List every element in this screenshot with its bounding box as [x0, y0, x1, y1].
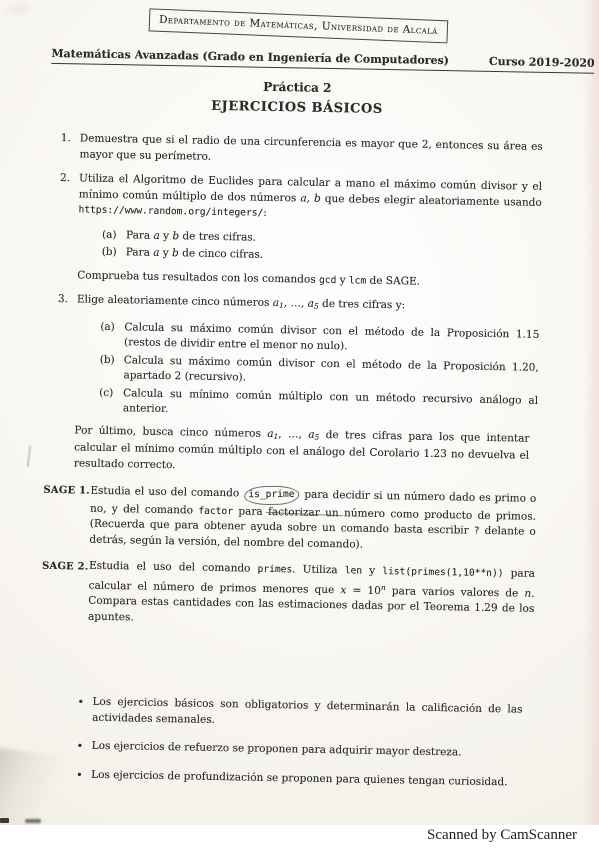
url-text: https://www.random.org/integers/ [78, 204, 263, 218]
command-lcm: lcm [349, 275, 367, 286]
text-run: de tres cifras. [179, 230, 256, 243]
exercise-3b: (b)Calcula su máximo común divisor con e… [99, 352, 538, 391]
circled-command-is-prime: is_prime [244, 486, 299, 505]
scan-artifact-mark [25, 819, 41, 823]
text-run: para varios valores de [386, 585, 525, 600]
item-label: (a) [102, 227, 126, 243]
scanned-document-page: Departamento de Matemáticas, Universidad… [0, 0, 599, 848]
text-run: = 10 [346, 584, 381, 597]
text-run: Los ejercicios de refuerzo se proponen p… [92, 740, 462, 759]
document-content: Departamento de Matemáticas, Universidad… [0, 0, 599, 805]
exercise-3a-text: Calcula su máximo común divisor con el m… [124, 320, 539, 359]
exercise-1-text: Demuestra que si el radio de una circunf… [79, 131, 542, 170]
text-run: y [159, 247, 172, 259]
exercise-2-number: 2. [48, 171, 79, 218]
exercise-3c-text: Calcula su mínimo común múltiplo con un … [123, 386, 538, 425]
text-run: de tres cifras y: [319, 298, 406, 312]
exercise-1: 1.Demuestra que si el radio de una circu… [49, 131, 542, 171]
course-year: Curso 2019-2020 [489, 53, 595, 73]
exercise-3: 3.Elige aleatoriamente cinco números a1,… [47, 292, 540, 319]
text-run: Calcula su máximo común divisor con el m… [124, 321, 539, 353]
note-item: Los ejercicios básicos son obligatorios … [77, 694, 522, 733]
text-run: : [263, 207, 267, 219]
text-run: de SAGE. [366, 274, 420, 287]
sage-exercise-1: SAGE 1.Estudia el uso del comando is_pri… [42, 482, 536, 556]
exercise-3b-text: Calcula su máximo común divisor con el m… [123, 353, 538, 392]
exercise-3-intro: Elige aleatoriamente cinco números a1, …… [77, 292, 540, 318]
camscanner-strip: Scanned by CamScanner [0, 825, 599, 848]
bullet-icon [77, 738, 92, 754]
sage-exercise-2: SAGE 2.Estudia el uso del comando primes… [41, 558, 535, 633]
sage-1-text: Estudia el uso del comando is_prime para… [89, 483, 536, 556]
department-name: Departamento de Matemáticas, Universidad… [159, 14, 438, 37]
item-label: (b) [102, 245, 126, 261]
course-name: Matemáticas Avanzadas (Grado en Ingenier… [51, 45, 449, 71]
item-label: (b) [99, 352, 124, 383]
exercise-3-final: Por último, busca cinco números a1, …, a… [74, 423, 530, 480]
exercise-3a: (a)Calcula su máximo común divisor con e… [100, 319, 539, 358]
notes-list: Los ejercicios básicos son obligatorios … [38, 694, 533, 791]
scan-artifact-mark [0, 818, 9, 823]
course-header-line: Matemáticas Avanzadas (Grado en Ingenier… [51, 45, 544, 73]
text-run: Para [126, 229, 154, 242]
command-factor: factor [198, 505, 233, 517]
text-run: Por último, busca cinco números [74, 424, 267, 440]
exercise-3c: (c)Calcula su mínimo común múltiplo con … [99, 385, 538, 424]
sage-1-label: SAGE 1. [42, 482, 90, 548]
text-run: Estudia el uso del comando [90, 485, 243, 500]
text-run: Calcula su mínimo común múltiplo con un … [123, 387, 538, 415]
pen-strikethrough-text: factorizar un [268, 505, 339, 518]
exercise-2-intro: Utiliza el Algoritmo de Euclides para ca… [78, 171, 542, 226]
paper-sheet: Departamento de Matemáticas, Universidad… [0, 0, 599, 825]
note-text: Los ejercicios de profundización se prop… [91, 767, 521, 790]
text-run: Estudia el uso del comando [89, 560, 258, 575]
text-run: Elige aleatoriamente cinco números [77, 293, 273, 309]
text-run: Los ejercicios de profundización se prop… [91, 768, 508, 788]
command-list-primes: list(primes(1,10**n)) [382, 566, 503, 579]
sage-2-label: SAGE 2. [41, 558, 89, 625]
command-len: len [345, 565, 363, 576]
note-item: Los ejercicios de refuerzo se proponen p… [77, 738, 522, 762]
exercise-1-number: 1. [49, 131, 80, 163]
command-gcd: gcd [319, 274, 337, 285]
text-run: Calcula su máximo común divisor con el m… [123, 354, 538, 384]
exercise-3-number: 3. [47, 292, 77, 310]
bullet-icon [76, 767, 91, 783]
text-run: Demuestra que si el radio de una circunf… [79, 132, 542, 162]
item-label: (a) [100, 319, 125, 350]
department-header-box: Departamento de Matemáticas, Universidad… [149, 8, 449, 42]
text-run: de cinco cifras. [179, 247, 264, 261]
text-run: Comprueba tus resultados con los comando… [77, 269, 319, 285]
text-run: , …, [284, 297, 308, 309]
bullet-icon [77, 694, 93, 725]
exercise-2-check: Comprueba tus resultados con los comando… [77, 268, 532, 292]
text-run: que debes elegir aleatoriamente usando [321, 192, 542, 208]
text-run: para [233, 505, 268, 518]
text-run: y [362, 565, 382, 577]
item-label: (c) [99, 385, 124, 416]
text-run: y [336, 274, 349, 286]
command-primes: primes [257, 564, 292, 576]
math-run: a, b [300, 192, 321, 204]
note-text: Los ejercicios básicos son obligatorios … [92, 695, 522, 734]
header-rule [449, 70, 489, 72]
text-run: , …, [278, 428, 308, 441]
text-run: Los ejercicios básicos son obligatorios … [92, 696, 522, 726]
text-run: . Utiliza [292, 563, 345, 576]
text-run: y [160, 229, 173, 241]
note-item: Los ejercicios de profundización se prop… [76, 767, 521, 791]
note-text: Los ejercicios de refuerzo se proponen p… [92, 739, 522, 762]
sage-2-text: Estudia el uso del comando primes. Utili… [88, 559, 535, 633]
text-run: Para [126, 246, 154, 259]
exercise-2: 2.Utiliza el Algoritmo de Euclides para … [48, 171, 542, 227]
camscanner-watermark: Scanned by CamScanner [427, 827, 577, 844]
